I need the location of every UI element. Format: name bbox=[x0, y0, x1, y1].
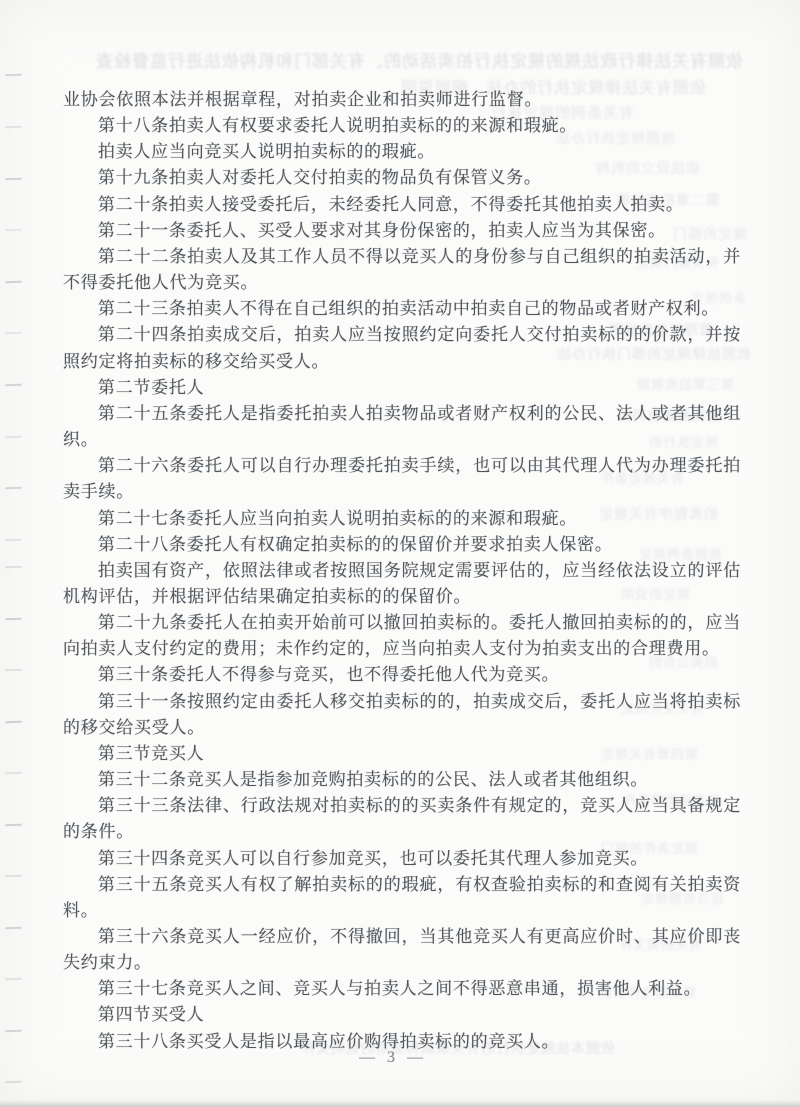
binding-mark bbox=[5, 772, 22, 775]
paragraph: 第二十八条委托人有权确定拍卖标的的保留价并要求拍卖人保密。 bbox=[63, 532, 741, 558]
paragraph: 第三十五条竞买人有权了解拍卖标的的瑕疵，有权查验拍卖标的和查阅有关拍卖资料。 bbox=[63, 872, 741, 924]
document-body: 业协会依照本法并根据章程，对拍卖企业和拍卖师进行监督。第十八条拍卖人有权要求委托… bbox=[63, 87, 741, 1055]
binding-mark bbox=[5, 332, 22, 335]
binding-mark bbox=[5, 487, 22, 490]
paragraph: 第二十九条委托人在拍卖开始前可以撤回拍卖标的。委托人撤回拍卖标的的，应当向拍卖人… bbox=[63, 610, 741, 662]
paragraph: 第三十二条竞买人是指参加竞购拍卖标的的公民、法人或者其他组织。 bbox=[63, 767, 741, 793]
binding-mark bbox=[5, 539, 22, 542]
paragraph: 业协会依照本法并根据章程，对拍卖企业和拍卖师进行监督。 bbox=[63, 87, 741, 113]
paragraph: 第三十七条竞买人之间、竞买人与拍卖人之间不得恶意串通，损害他人利益。 bbox=[63, 976, 741, 1002]
binding-mark bbox=[5, 436, 22, 439]
binding-mark bbox=[5, 978, 22, 981]
paragraph: 第十九条拍卖人对委托人交付拍卖的物品负有保管义务。 bbox=[63, 165, 741, 191]
paragraph: 第三十四条竞买人可以自行参加竞买，也可以委托其代理人参加竞买。 bbox=[63, 846, 741, 872]
binding-mark bbox=[5, 875, 22, 878]
scan-bottom-edge bbox=[0, 1100, 800, 1107]
paragraph: 第二十五条委托人是指委托拍卖人拍卖物品或者财产权利的公民、法人或者其他组织。 bbox=[63, 401, 741, 453]
document-page: 依照有关法律行政法规的规定执行拍卖活动的、有关部门和机构依法进行监督检查依照有关… bbox=[0, 0, 800, 1107]
paragraph: 第十八条拍卖人有权要求委托人说明拍卖标的的来源和瑕疵。 bbox=[63, 113, 741, 139]
binding-mark bbox=[5, 669, 22, 672]
paragraph: 第二十六条委托人可以自行办理委托拍卖手续，也可以由其代理人代为办理委托拍卖手续。 bbox=[63, 453, 741, 505]
paragraph: 第三十条委托人不得参与竞买，也不得委托他人代为竞买。 bbox=[63, 662, 741, 688]
binding-mark bbox=[5, 618, 22, 621]
paragraph: 第三节竞买人 bbox=[63, 741, 741, 767]
paragraph: 第二十一条委托人、买受人要求对其身份保密的，拍卖人应当为其保密。 bbox=[63, 218, 741, 244]
binding-mark bbox=[5, 721, 22, 724]
paragraph: 拍卖人应当向竞买人说明拍卖标的的瑕疵。 bbox=[63, 139, 741, 165]
paragraph: 第三十一条按照约定由委托人移交拍卖标的的，拍卖成交后，委托人应当将拍卖标的移交给… bbox=[63, 689, 741, 741]
bleedthrough-text: 依照有关法律行政法规的规定执行拍卖活动的、有关部门和机构依法进行监督检查 bbox=[95, 47, 743, 72]
binding-mark bbox=[5, 74, 22, 77]
binding-mark bbox=[5, 126, 22, 129]
binding-mark bbox=[5, 1081, 22, 1084]
paragraph: 第二十七条委托人应当向拍卖人说明拍卖标的的来源和瑕疵。 bbox=[63, 506, 741, 532]
paragraph: 第四节买受人 bbox=[63, 1002, 741, 1028]
paragraph: 第三十六条竞买人一经应价，不得撤回，当其他竞买人有更高应价时、其应价即丧失约束力… bbox=[63, 924, 741, 976]
paragraph: 拍卖国有资产，依照法律或者按照国务院规定需要评估的，应当经依法设立的评估机构评估… bbox=[63, 558, 741, 610]
binding-mark bbox=[5, 178, 22, 181]
paragraph: 第三十三条法律、行政法规对拍卖标的的买卖条件有规定的，竞买人应当具备规定的条件。 bbox=[63, 793, 741, 845]
paragraph: 第二节委托人 bbox=[63, 375, 741, 401]
binding-mark bbox=[5, 281, 22, 284]
binding-mark bbox=[5, 566, 22, 569]
binding-mark bbox=[5, 824, 22, 827]
binding-mark bbox=[5, 229, 22, 232]
paragraph: 第二十二条拍卖人及其工作人员不得以竞买人的身份参与自己组织的拍卖活动，并不得委托… bbox=[63, 244, 741, 296]
page-number: — 3 — bbox=[63, 1049, 723, 1067]
binding-mark bbox=[5, 1030, 22, 1033]
binding-mark bbox=[5, 927, 22, 930]
paragraph: 第二十条拍卖人接受委托后，未经委托人同意，不得委托其他拍卖人拍卖。 bbox=[63, 192, 741, 218]
paragraph: 第二十三条拍卖人不得在自己组织的拍卖活动中拍卖自己的物品或者财产权利。 bbox=[63, 296, 741, 322]
binding-mark bbox=[5, 384, 22, 387]
paragraph: 第二十四条拍卖成交后，拍卖人应当按照约定向委托人交付拍卖标的的价款，并按照约定将… bbox=[63, 322, 741, 374]
